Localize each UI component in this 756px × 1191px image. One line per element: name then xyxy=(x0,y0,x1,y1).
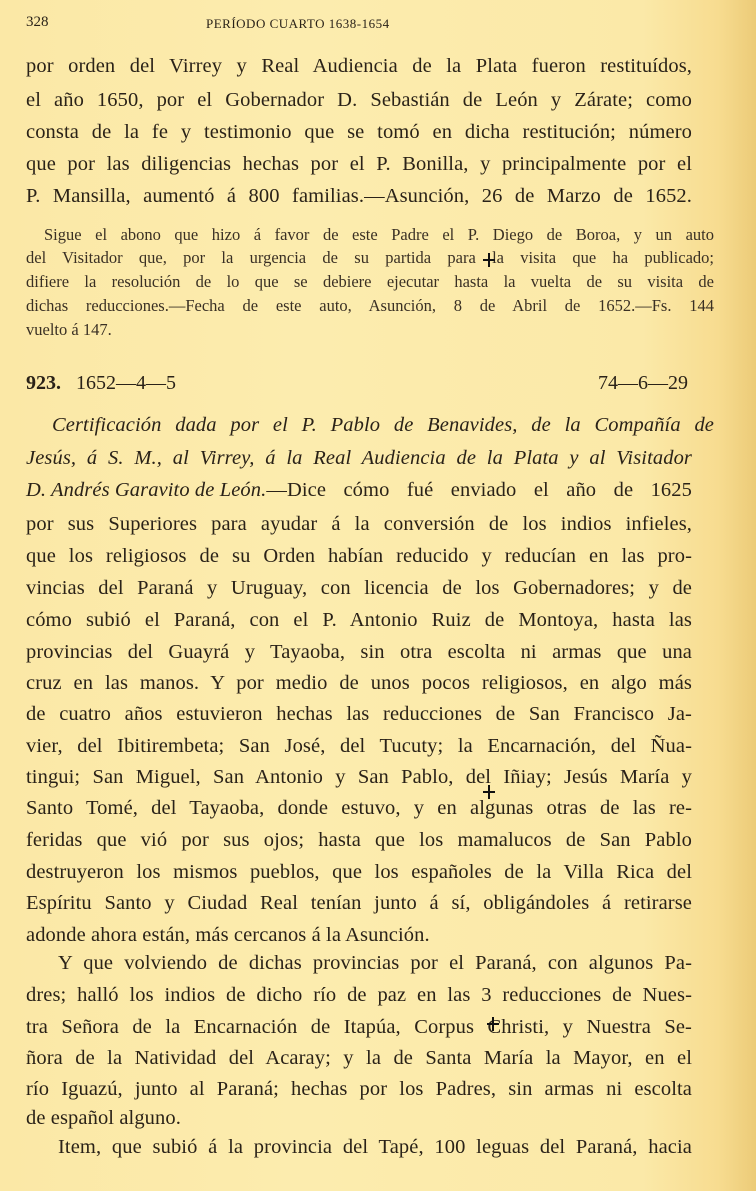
book-page: 328 PERÍODO CUARTO 1638-1654 por orden d… xyxy=(0,0,756,1191)
text-line: vier, del Ibitirembeta; San José, del Tu… xyxy=(26,735,692,758)
note-line: del Visitador que, por la urgencia de su… xyxy=(26,248,714,268)
text-line: río Iguazú, junto al Paraná; hechas por … xyxy=(26,1078,692,1101)
page-header: 328 PERÍODO CUARTO 1638-1654 xyxy=(26,14,726,38)
text-line: que los religiosos de su Orden habían re… xyxy=(26,545,692,568)
text-line: destruyeron los mismos pueblos, que los … xyxy=(26,861,692,884)
text-line: provincias del Guayrá y Tayaoba, sin otr… xyxy=(26,641,692,664)
page-number: 328 xyxy=(26,14,49,31)
text-line: de español alguno. xyxy=(26,1107,181,1130)
entry-date: 1652—4—5 xyxy=(76,372,176,394)
text-line: feridas que vió por sus ojos; hasta que … xyxy=(26,829,692,852)
text-line: dres; halló los indios de dicho río de p… xyxy=(26,984,692,1007)
text-line: por sus Superiores para ayudar á la conv… xyxy=(26,513,692,536)
text-line: vincias del Paraná y Uruguay, con licenc… xyxy=(26,577,692,600)
text-line: Y que volviendo de dichas provincias por… xyxy=(58,952,692,975)
entry-title-line: D. Andrés Garavito de León.—Dice cómo fu… xyxy=(26,479,692,502)
note-line: dichas reducciones.—Fecha de este auto, … xyxy=(26,296,714,316)
entry-title-line: Jesús, á S. M., al Virrey, á la Real Aud… xyxy=(26,447,692,470)
text-line: tingui; San Miguel, San Antonio y San Pa… xyxy=(26,766,692,789)
text-line: el año 1650, por el Gobernador D. Sebast… xyxy=(26,89,692,112)
text-line: Santo Tomé, del Tayaoba, donde estuvo, y… xyxy=(26,797,692,820)
note-line: vuelto á 147. xyxy=(26,320,112,340)
text-line: Item, que subió á la provincia del Tapé,… xyxy=(58,1136,692,1159)
text-line: P. Mansilla, aumentó á 800 familias.—Asu… xyxy=(26,185,692,208)
running-title: PERÍODO CUARTO 1638-1654 xyxy=(206,16,390,32)
crosshair-cursor-icon xyxy=(487,1017,499,1031)
text-line: que por las diligencias hechas por el P.… xyxy=(26,153,692,176)
entry-title-line: Certificación dada por el P. Pablo de Be… xyxy=(52,414,714,437)
crosshair-cursor-icon xyxy=(483,785,495,799)
text-line: ñora de la Natividad del Acaray; y la de… xyxy=(26,1047,692,1070)
text-line: de cuatro años estuvieron hechas las red… xyxy=(26,703,692,726)
note-line: difiere la resolución de lo que se debie… xyxy=(26,272,714,292)
entry-summary-start: —Dice cómo fué enviado el año de 1625 xyxy=(266,479,692,502)
text-line: por orden del Virrey y Real Audiencia de… xyxy=(26,55,692,78)
entry-header: 923. 1652—4—5 74—6—29 xyxy=(26,372,706,395)
crosshair-cursor-icon xyxy=(483,253,495,267)
text-line: adonde ahora están, más cercanos á la As… xyxy=(26,924,430,947)
text-line: cómo subió el Paraná, con el P. Antonio … xyxy=(26,609,692,632)
text-line: tra Señora de la Encarnación de Itapúa, … xyxy=(26,1016,692,1039)
text-line: Espíritu Santo y Ciudad Real tenían junt… xyxy=(26,892,692,915)
entry-title-end: D. Andrés Garavito de León. xyxy=(26,479,266,502)
text-line: cruz en las manos. Y por medio de unos p… xyxy=(26,672,692,695)
entry-reference: 74—6—29 xyxy=(598,372,688,395)
entry-number: 923. xyxy=(26,372,61,394)
text-line: consta de la fe y testimonio que se tomó… xyxy=(26,121,692,144)
note-line: Sigue el abono que hizo á favor de este … xyxy=(44,225,714,245)
